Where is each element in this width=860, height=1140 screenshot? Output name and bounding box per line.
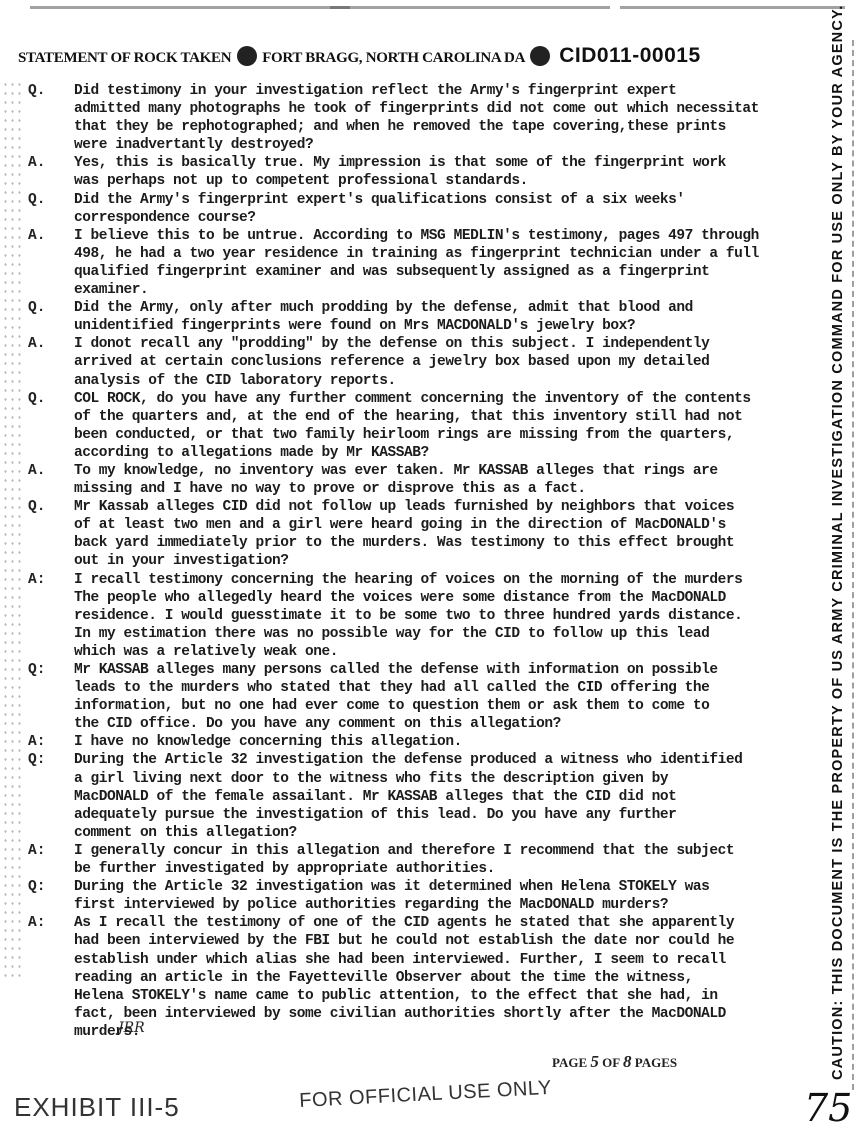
header-title: STATEMENT OF ROCK TAKEN (18, 50, 231, 66)
text-line: murders. (74, 1023, 818, 1041)
text-line: Did the Army, only after much prodding b… (74, 299, 818, 317)
text-line: leads to the murders who stated that the… (74, 679, 818, 697)
question-block: Q:During the Article 32 investigation wa… (28, 878, 818, 914)
text-line: first interviewed by police authorities … (74, 896, 818, 914)
qa-text: Mr Kassab alleges CID did not follow up … (74, 498, 818, 570)
text-line: Helena STOKELY's name came to public att… (74, 987, 818, 1005)
scan-margin-noise (2, 80, 22, 980)
text-line: the CID office. Do you have any comment … (74, 715, 818, 733)
text-line: establish under which alias she had been… (74, 951, 818, 969)
qa-tag: Q: (28, 878, 74, 896)
question-block: Q:During the Article 32 investigation th… (28, 751, 818, 841)
document-number: CID011-00015 (559, 44, 700, 67)
text-line: I recall testimony concerning the hearin… (74, 571, 818, 589)
qa-tag: A. (28, 154, 74, 172)
stamp-icon (237, 46, 257, 66)
qa-tag: Q. (28, 498, 74, 516)
qa-text: As I recall the testimony of one of the … (74, 914, 818, 1041)
text-line: To my knowledge, no inventory was ever t… (74, 462, 818, 480)
text-line: adequately pursue the investigation of t… (74, 806, 818, 824)
testimony-body: Q.Did testimony in your investigation re… (28, 82, 818, 1041)
stamp-icon (530, 46, 550, 66)
question-block: Q.COL ROCK, do you have any further comm… (28, 390, 818, 462)
question-block: Q.Mr Kassab alleges CID did not follow u… (28, 498, 818, 570)
qa-text: To my knowledge, no inventory was ever t… (74, 462, 818, 498)
text-line: which was a relatively weak one. (74, 643, 818, 661)
qa-text: COL ROCK, do you have any further commen… (74, 390, 818, 462)
qa-tag: A. (28, 227, 74, 245)
qa-tag: A: (28, 733, 74, 751)
text-line: were inadvertantly destroyed? (74, 136, 818, 154)
page-indicator: PAGE 5 OF 8 PAGES (552, 1052, 677, 1072)
text-line: 498, he had a two year residence in trai… (74, 245, 818, 263)
text-line: I donot recall any "prodding" by the def… (74, 335, 818, 353)
text-line: The people who allegedly heard the voice… (74, 589, 818, 607)
qa-tag: A: (28, 571, 74, 589)
text-line: I generally concur in this allegation an… (74, 842, 818, 860)
text-line: In my estimation there was no possible w… (74, 625, 818, 643)
qa-text: During the Article 32 investigation was … (74, 878, 818, 914)
answer-block: A.I donot recall any "prodding" by the d… (28, 335, 818, 389)
qa-tag: Q. (28, 390, 74, 408)
scan-rule-top (330, 6, 610, 9)
pages-label: PAGES (635, 1055, 677, 1070)
text-line: I believe this to be untrue. According t… (74, 227, 818, 245)
statement-header: STATEMENT OF ROCK TAKEN FORT BRAGG, NORT… (18, 44, 798, 68)
qa-text: I have no knowledge concerning this alle… (74, 733, 818, 751)
qa-text: I believe this to be untrue. According t… (74, 227, 818, 299)
official-use-stamp: FOR OFFICIAL USE ONLY (299, 1077, 553, 1113)
text-line: information, but no one had ever come to… (74, 697, 818, 715)
page-of-label: OF (602, 1055, 620, 1070)
text-line: During the Article 32 investigation the … (74, 751, 818, 769)
question-block: Q.Did the Army, only after much prodding… (28, 299, 818, 335)
answer-block: A.To my knowledge, no inventory was ever… (28, 462, 818, 498)
text-line: back yard immediately prior to the murde… (74, 534, 818, 552)
text-line: fact, been interviewed by some civilian … (74, 1005, 818, 1023)
text-line: During the Article 32 investigation was … (74, 878, 818, 896)
text-line: been conducted, or that two family heirl… (74, 426, 818, 444)
qa-text: Did testimony in your investigation refl… (74, 82, 818, 154)
text-line: MacDONALD of the female assailant. Mr KA… (74, 788, 818, 806)
header-location: FORT BRAGG, NORTH CAROLINA DA (262, 50, 524, 66)
qa-tag: Q: (28, 661, 74, 679)
qa-tag: A. (28, 462, 74, 480)
text-line: out in your investigation? (74, 552, 818, 570)
exhibit-label: EXHIBIT III-5 (14, 1092, 180, 1123)
text-line: I have no knowledge concerning this alle… (74, 733, 818, 751)
answer-block: A:As I recall the testimony of one of th… (28, 914, 818, 1041)
text-line: of at least two men and a girl were hear… (74, 516, 818, 534)
scan-rule-top (30, 6, 350, 9)
text-line: correspondence course? (74, 209, 818, 227)
answer-block: A:I recall testimony concerning the hear… (28, 571, 818, 661)
qa-tag: A: (28, 842, 74, 860)
text-line: arrived at certain conclusions reference… (74, 353, 818, 371)
answer-block: A.I believe this to be untrue. According… (28, 227, 818, 299)
qa-tag: Q. (28, 191, 74, 209)
qa-text: Did the Army's fingerprint expert's qual… (74, 191, 818, 227)
text-line: Yes, this is basically true. My impressi… (74, 154, 818, 172)
text-line: analysis of the CID laboratory reports. (74, 372, 818, 390)
qa-text: Did the Army, only after much prodding b… (74, 299, 818, 335)
text-line: be further investigated by appropriate a… (74, 860, 818, 878)
answer-block: A:I have no knowledge concerning this al… (28, 733, 818, 751)
qa-tag: Q. (28, 299, 74, 317)
qa-tag: Q: (28, 751, 74, 769)
text-line: COL ROCK, do you have any further commen… (74, 390, 818, 408)
text-line: examiner. (74, 281, 818, 299)
answer-block: A.Yes, this is basically true. My impres… (28, 154, 818, 190)
answer-block: A:I generally concur in this allegation … (28, 842, 818, 878)
page-label: PAGE (552, 1055, 587, 1070)
text-line: Mr Kassab alleges CID did not follow up … (74, 498, 818, 516)
qa-text: During the Article 32 investigation the … (74, 751, 818, 841)
qa-text: I donot recall any "prodding" by the def… (74, 335, 818, 389)
qa-text: I recall testimony concerning the hearin… (74, 571, 818, 661)
qa-tag: A. (28, 335, 74, 353)
qa-text: I generally concur in this allegation an… (74, 842, 818, 878)
text-line: residence. I would guesstimate it to be … (74, 607, 818, 625)
text-line: Did testimony in your investigation refl… (74, 82, 818, 100)
margin-rule (852, 40, 856, 1090)
text-line: admitted many photographs he took of fin… (74, 100, 818, 118)
caution-margin-text: CAUTION: THIS DOCUMENT IS THE PROPERTY O… (830, 20, 846, 1080)
text-line: Did the Army's fingerprint expert's qual… (74, 191, 818, 209)
qa-text: Yes, this is basically true. My impressi… (74, 154, 818, 190)
text-line: comment on this allegation? (74, 824, 818, 842)
handwritten-page-number: 75 (804, 1086, 852, 1130)
text-line: of the quarters and, at the end of the h… (74, 408, 818, 426)
text-line: qualified fingerprint examiner and was s… (74, 263, 818, 281)
text-line: according to allegations made by Mr KASS… (74, 444, 818, 462)
qa-tag: A: (28, 914, 74, 932)
text-line: As I recall the testimony of one of the … (74, 914, 818, 932)
page-current: 5 (590, 1052, 599, 1071)
scan-rule-top (620, 6, 845, 9)
question-block: Q.Did the Army's fingerprint expert's qu… (28, 191, 818, 227)
qa-tag: Q. (28, 82, 74, 100)
qa-text: Mr KASSAB alleges many persons called th… (74, 661, 818, 733)
question-block: Q.Did testimony in your investigation re… (28, 82, 818, 154)
text-line: a girl living next door to the witness w… (74, 770, 818, 788)
page-total: 8 (623, 1052, 632, 1071)
text-line: reading an article in the Fayetteville O… (74, 969, 818, 987)
text-line: unidentified fingerprints were found on … (74, 317, 818, 335)
text-line: missing and I have no way to prove or di… (74, 480, 818, 498)
text-line: was perhaps not up to competent professi… (74, 172, 818, 190)
handwritten-initials: JRR (118, 1020, 145, 1036)
question-block: Q:Mr KASSAB alleges many persons called … (28, 661, 818, 733)
text-line: that they be rephotographed; and when he… (74, 118, 818, 136)
text-line: had been interviewed by the FBI but he c… (74, 932, 818, 950)
text-line: Mr KASSAB alleges many persons called th… (74, 661, 818, 679)
